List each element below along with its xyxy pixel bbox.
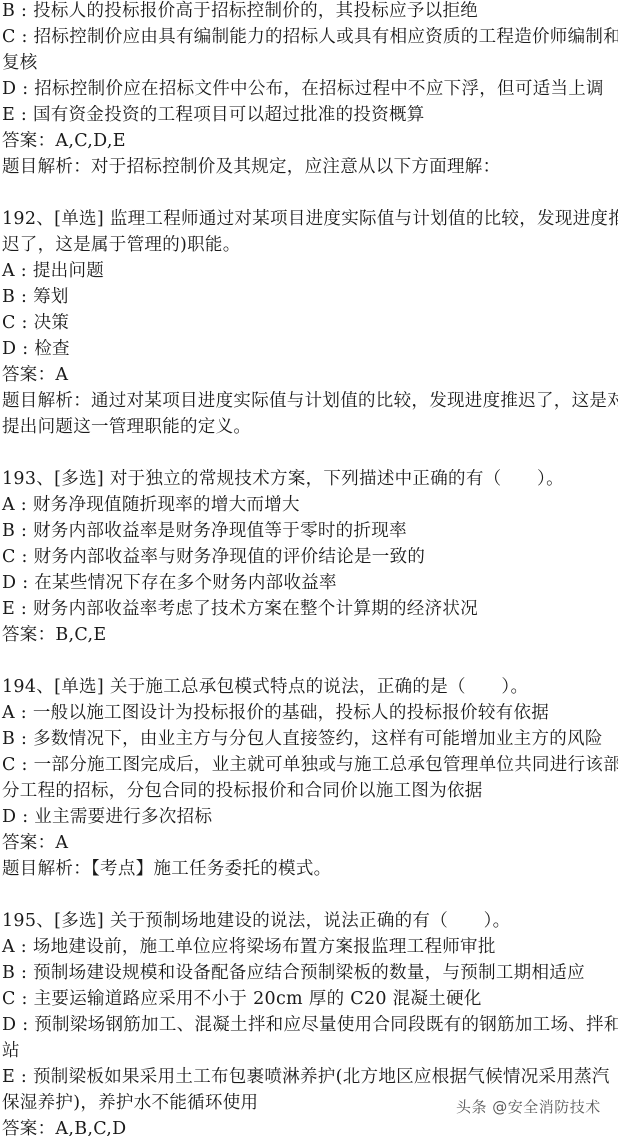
text-line-answer: 答案：B,C,E bbox=[2, 622, 106, 648]
text-line-option: C : 一部分施工图完成后，业主就可单独或与施工总承包管理单位共同进行该部 bbox=[2, 752, 618, 778]
text-line-option: C : 主要运输道路应采用不小于 20cm 厚的 C20 混凝土硬化 bbox=[2, 986, 482, 1012]
text-line-answer: 答案：A bbox=[2, 830, 68, 856]
text-line-option-cont: 保湿养护)，养护水不能循环使用 bbox=[2, 1090, 258, 1116]
text-line-answer: 答案：A,C,D,E bbox=[2, 128, 126, 154]
text-line-option-cont: 复核 bbox=[2, 50, 38, 76]
text-line-option: A : 场地建设前，施工单位应将梁场布置方案报监理工程师审批 bbox=[2, 934, 496, 960]
text-line-option: D : 招标控制价应在招标文件中公布，在招标过程中不应下浮，但可适当上调 bbox=[2, 76, 604, 102]
text-line-analysis: 题目解析：对于招标控制价及其规定，应注意从以下方面理解： bbox=[2, 154, 500, 180]
text-line-option: D : 预制梁场钢筋加工、混凝土拌和应尽量使用合同段既有的钢筋加工场、拌和 bbox=[2, 1012, 618, 1038]
text-line-question: 195、[多选] 关于预制场地建设的说法，说法正确的有（ ）。 bbox=[2, 908, 510, 934]
text-line-option-cont: 站 bbox=[2, 1038, 20, 1064]
text-line-option: B : 筹划 bbox=[2, 284, 69, 310]
text-line-option: E : 财务内部收益率考虑了技术方案在整个计算期的经济状况 bbox=[2, 596, 478, 622]
text-line-analysis: 题目解析：通过对某项目进度实际值与计划值的比较，发现进度推迟了，这是对 bbox=[2, 388, 618, 414]
text-line-option: E : 国有资金投资的工程项目可以超过批准的投资概算 bbox=[2, 102, 425, 128]
text-line-question: 194、[单选] 关于施工总承包模式特点的说法，正确的是（ ）。 bbox=[2, 674, 528, 700]
text-line-option: B : 财务内部收益率是财务净现值等于零时的折现率 bbox=[2, 518, 407, 544]
text-line-option: C : 招标控制价应由具有编制能力的招标人或具有相应资质的工程造价师编制和 bbox=[2, 24, 618, 50]
source-watermark: 头条 @安全消防技术 bbox=[456, 1096, 601, 1117]
text-line-option: B : 投标人的投标报价高于招标控制价的，其投标应予以拒绝 bbox=[2, 0, 478, 24]
text-line-option: B : 预制场建设规模和设备配备应结合预制梁板的数量，与预制工期相适应 bbox=[2, 960, 585, 986]
text-line-answer: 答案：A,B,C,D bbox=[2, 1116, 126, 1136]
text-line-option: C : 决策 bbox=[2, 310, 69, 336]
text-line-option: D : 在某些情况下存在多个财务内部收益率 bbox=[2, 570, 337, 596]
text-line-answer: 答案：A bbox=[2, 362, 68, 388]
text-line-option: C : 财务内部收益率与财务净现值的评价结论是一致的 bbox=[2, 544, 425, 570]
text-line-option: E : 预制梁板如果采用土工布包裹喷淋养护(北方地区应根据气候情况采用蒸汽 bbox=[2, 1064, 610, 1090]
text-line-question-cont: 迟了，这是属于管理的)职能。 bbox=[2, 232, 241, 258]
text-line-option: A : 财务净现值随折现率的增大而增大 bbox=[2, 492, 300, 518]
text-line-analysis: 题目解析：【考点】施工任务委托的模式。 bbox=[2, 856, 331, 882]
text-line-option: D : 业主需要进行多次招标 bbox=[2, 804, 212, 830]
text-line-question: 192、[单选] 监理工程师通过对某项目进度实际值与计划值的比较，发现进度推 bbox=[2, 206, 618, 232]
text-line-option: A : 提出问题 bbox=[2, 258, 104, 284]
text-line-option: A : 一般以施工图设计为投标报价的基础，投标人的投标报价较有依据 bbox=[2, 700, 549, 726]
text-line-option: D : 检查 bbox=[2, 336, 70, 362]
text-line-question: 193、[多选] 对于独立的常规技术方案，下列描述中正确的有（ ）。 bbox=[2, 466, 564, 492]
text-line-option: B : 多数情况下，由业主方与分包人直接签约，这样有可能增加业主方的风险 bbox=[2, 726, 603, 752]
text-line-option-cont: 分工程的招标，分包合同的投标报价和合同价以施工图为依据 bbox=[2, 778, 483, 804]
text-line-analysis-cont: 提出问题这一管理职能的定义。 bbox=[2, 414, 251, 440]
